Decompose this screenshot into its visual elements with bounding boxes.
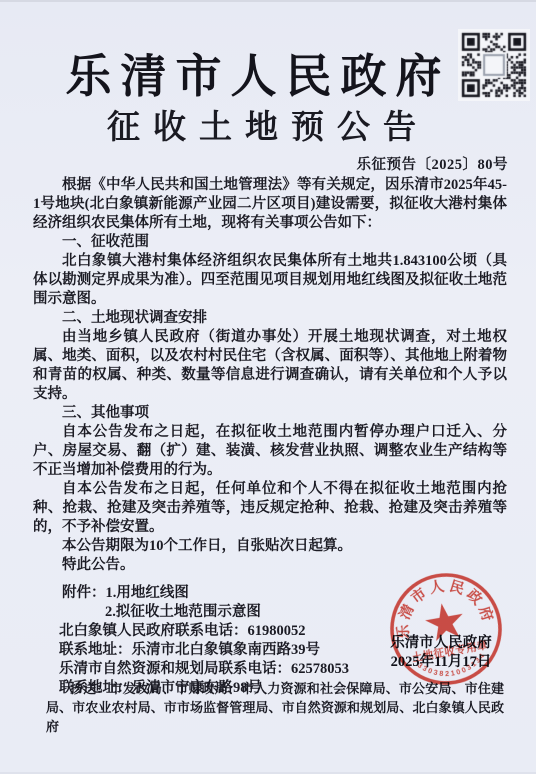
body-paragraph: 根据《中华人民共和国土地管理法》等有关规定，因乐清市2025年45-1号地块(北… xyxy=(33,176,507,233)
doc-subtitle: 征收土地预公告 xyxy=(30,101,506,148)
body-paragraph: 由当地乡镇人民政府（街道办事处）开展土地现状调查，对土地权属、地类、面积，以及农… xyxy=(33,328,507,404)
section-heading: 三、其他事项 xyxy=(33,404,507,423)
doc-number: 乐征预告〔2025〕80号 xyxy=(357,153,509,174)
body-paragraph: 自本公告发布之日起，在拟征收土地范围内暂停办理户口迁入、分户、房屋交易、翻（扩）… xyxy=(33,423,507,480)
section-heading: 一、征收范围 xyxy=(33,233,507,252)
body-paragraph: 自本公告发布之日起，任何单位和个人不得在拟征收土地范围内抢种、抢栽、抢建及突击养… xyxy=(33,480,507,537)
official-seal: 乐清市人民政府 土地征收专用章 3303821003134 xyxy=(376,559,515,698)
page-title: 乐清市人民政府 xyxy=(20,40,496,106)
seal-star-icon xyxy=(423,600,467,642)
body-paragraph: 北白象镇大港村集体经济组织农民集体所有土地共1.843100公顷（具体以勘测定界… xyxy=(33,252,507,309)
body-paragraph: 本公告期限为10个工作日，自张贴次日起算。 xyxy=(33,537,507,556)
document-page: 乐清市人民政府 征收土地预公告 乐征预告〔2025〕80号 根据《中华人民共和国… xyxy=(0,0,536,774)
section-heading: 二、土地现状调查安排 xyxy=(33,309,507,328)
